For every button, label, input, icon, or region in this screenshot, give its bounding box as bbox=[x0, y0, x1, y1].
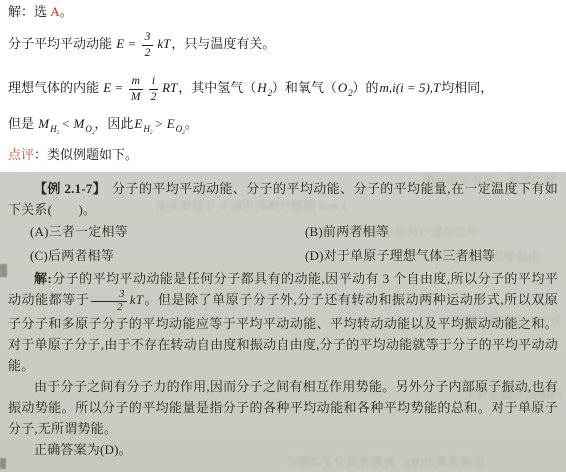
var-H: H bbox=[256, 80, 267, 95]
scan-smudge bbox=[0, 458, 6, 469]
mass-comparison-line: 但是 MH₂<MO₂，因此EH₂>EO₂。 bbox=[8, 113, 560, 135]
period: 。 bbox=[60, 4, 73, 19]
text-of: ）的 bbox=[352, 80, 378, 95]
option-a: (A)三者一定相等 bbox=[30, 221, 305, 243]
formula-intro: 理想气体的内能 bbox=[8, 80, 99, 95]
typeset-solution-section: 解：选 A。 分子平均平动动能 E=32kT，只与温度有关。 理想气体的内能 E… bbox=[0, 0, 566, 164]
text-oxygen: ）和氧气（ bbox=[272, 80, 337, 95]
fraction-i-2: i2 bbox=[149, 75, 158, 104]
text-therefore: ，因此 bbox=[94, 116, 133, 131]
example-number: 【例 2.1-7】 bbox=[34, 181, 112, 196]
text-same: 均相同， bbox=[441, 80, 493, 95]
solution-label: 解：选 bbox=[8, 4, 50, 19]
translational-energy-formula-line: 分子平均平动动能 E=32kT，只与温度有关。 bbox=[8, 25, 560, 63]
var-RT: RT bbox=[161, 80, 178, 95]
var-kT: kT bbox=[156, 36, 171, 51]
var-M-O2: M bbox=[72, 116, 85, 131]
options-grid: (A)三者一定相等 (B)前两者相等 (C)后两者相等 (D)对于单原子理想气体… bbox=[8, 221, 558, 267]
chosen-answer: A bbox=[50, 4, 59, 19]
comment-line: 点评：类似例题如下。 bbox=[8, 145, 560, 164]
comment-label: 点评 bbox=[8, 147, 34, 162]
scan-smudge bbox=[0, 264, 7, 277]
var-list: m,i(i = 5),T bbox=[378, 80, 441, 95]
equals-sign: = bbox=[125, 36, 138, 51]
comment-text: ：类似例题如下。 bbox=[34, 147, 138, 162]
var-E: E bbox=[115, 36, 125, 51]
less-than-sign: < bbox=[59, 116, 72, 131]
example-solution-para2: 由于分子之间有分子力的作用,因而分子之间有相互作用势能。另外分子内部原子振动,也… bbox=[8, 376, 558, 439]
formula-intro: 分子平均平动动能 bbox=[8, 36, 112, 51]
var-E-O2: E bbox=[166, 116, 176, 131]
period: 。 bbox=[185, 116, 198, 131]
greater-than-sign: > bbox=[152, 116, 165, 131]
var-kT: kT bbox=[129, 292, 144, 307]
solution-label: 解: bbox=[34, 271, 52, 286]
correct-answer-line: 正确答案为(D)。 bbox=[8, 439, 558, 460]
fraction-3-2: 32 bbox=[91, 289, 126, 313]
example-statement: 【例 2.1-7】分子的平均平动动能、分子的平均动能、分子的平均能量,在一定温度… bbox=[8, 178, 558, 220]
scanned-example-section: 热力学第一定律应用示例 1 mol 理想气体的内能 E 与温度关系 平动动能与转… bbox=[0, 172, 566, 472]
var-E: E bbox=[102, 80, 112, 95]
solution-choice-line: 解：选 A。 bbox=[8, 3, 560, 21]
fraction-3-2: 32 bbox=[142, 31, 154, 60]
equals-sign: = bbox=[112, 80, 125, 95]
internal-energy-formula-line: 理想气体的内能 E=mMi2RT，其中氢气（H2）和氧气（O2）的m,i(i =… bbox=[8, 69, 560, 107]
option-c: (C)后两者相等 bbox=[30, 245, 305, 267]
textbook-page: 解：选 A。 分子平均平动动能 E=32kT，只与温度有关。 理想气体的内能 E… bbox=[0, 0, 566, 472]
var-M-H2: M bbox=[37, 116, 50, 131]
formula-remark: ，只与温度有关。 bbox=[171, 36, 275, 51]
option-b: (B)前两者相等 bbox=[305, 221, 558, 243]
var-O: O bbox=[337, 80, 348, 95]
example-solution-para1: 解:分子的平均平动动能是任何分子都具有的动能,因平动有 3 个自由度,所以分子的… bbox=[8, 268, 558, 376]
fraction-m-M: mM bbox=[129, 75, 143, 104]
option-d: (D)对于单原子理想气体三者相等 bbox=[305, 245, 558, 267]
text-hydrogen: ，其中氢气（ bbox=[178, 80, 256, 95]
var-E-H2: E bbox=[133, 116, 143, 131]
text-but: 但是 bbox=[8, 116, 34, 131]
